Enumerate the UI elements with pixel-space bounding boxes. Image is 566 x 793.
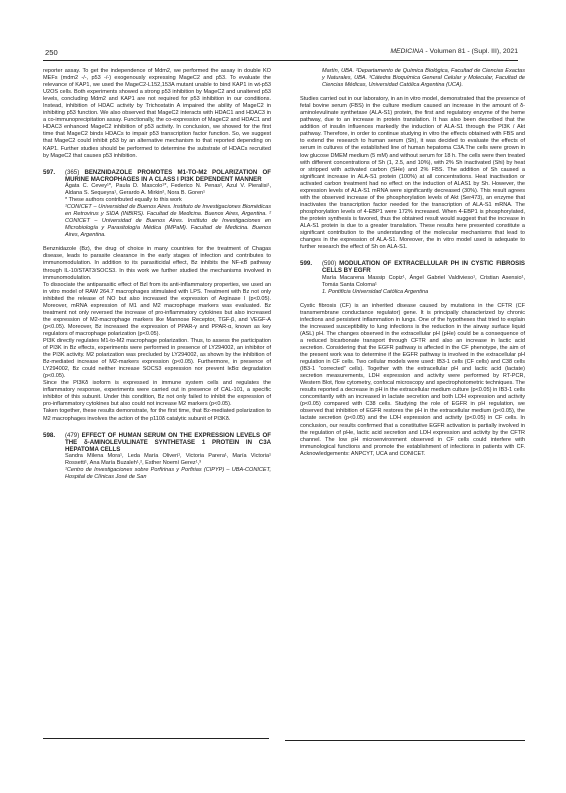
abstract-title: (590) MODULATION OF EXTRACELLULAR PH IN … — [322, 260, 525, 274]
abstract-598: 598. (479) EFFECT OF HUMAN SERUM ON THE … — [43, 432, 271, 482]
abstract-code: (365) — [65, 169, 79, 176]
abstract-affiliations: 1. Pontificia Universidad Católica Argen… — [322, 289, 525, 296]
abstract-title: (365) BENZNIDAZOLE PROMOTES M1-TO-M2 POL… — [65, 169, 271, 183]
abstract-597: 597. (365) BENZNIDAZOLE PROMOTES M1-TO-M… — [43, 169, 271, 240]
abstract-affiliations: ¹CONICET – Universidad de Buenos Aires. … — [65, 204, 271, 239]
continued-abstract-text: reporter assay. To get the independence … — [43, 68, 271, 160]
abstract-599: 599. (590) MODULATION OF EXTRACELLULAR P… — [300, 260, 525, 296]
abstract-title-text: MODULATION OF EXTRACELLULAR PH IN CYSTIC… — [322, 260, 525, 274]
abstract-affiliations-continued: Martín, UBA. ²Departamento de Química Bi… — [300, 68, 525, 89]
abstract-598-body: Studies carried out in our laboratory, i… — [300, 96, 525, 251]
abstract-authors: María Macarena Massip Copiz¹, Ángel Gabr… — [322, 275, 525, 289]
abstract-number: 599. — [300, 260, 322, 296]
journal-citation: MEDICINA - Volumen 81 - (Supl. III), 202… — [390, 48, 518, 55]
abstract-code: (479) — [65, 432, 79, 439]
abstract-title: (479) EFFECT OF HUMAN SERUM ON THE EXPRE… — [65, 432, 271, 454]
left-column: reporter assay. To get the independence … — [43, 68, 271, 481]
page-header: 250 MEDICINA - Volumen 81 - (Supl. III),… — [45, 48, 518, 60]
abstract-599-body: Cystic fibrosis (CF) is an inherited dis… — [300, 303, 525, 458]
abstract-authors: Sandra Milena Mora¹, Leda María Oliveri¹… — [65, 453, 271, 467]
abstract-paragraph: To dissociate the antiparasitic effect o… — [43, 282, 271, 338]
right-column: Martín, UBA. ²Departamento de Química Bi… — [300, 68, 525, 458]
abstract-number: 598. — [43, 432, 65, 482]
abstract-note: * These authors contributed equally to t… — [65, 197, 271, 204]
abstract-number: 597. — [43, 169, 65, 240]
abstract-paragraph: Taken together, these results demonstrat… — [43, 408, 271, 422]
journal-volume: - Volumen 81 - (Supl. III), 2021 — [424, 48, 518, 55]
abstract-affiliations: ¹Centro de Investigaciones sobre Porfiri… — [65, 467, 271, 481]
page-number: 250 — [45, 48, 58, 57]
abstract-paragraph: Since the PI3Kδ isoform is expressed in … — [43, 380, 271, 408]
abstract-authors: Ágata C. Cevey¹*, Paula D. Mascolo¹*, Fe… — [65, 183, 271, 197]
abstract-title-text: BENZNIDAZOLE PROMOTES M1-TO-M2 POLARIZAT… — [65, 169, 271, 183]
abstract-code: (590) — [322, 260, 336, 267]
abstract-paragraph: Benznidazole (Bz), the drug of choice in… — [43, 246, 271, 281]
left-footer-rule — [43, 738, 269, 739]
header-rule — [43, 60, 518, 61]
abstract-paragraph: PI3K directly regulates M1-to-M2 macroph… — [43, 338, 271, 380]
abstract-title-text: EFFECT OF HUMAN SERUM ON THE EXPRESSION … — [65, 432, 271, 453]
right-footer-rule — [285, 740, 525, 741]
journal-name: MEDICINA — [390, 48, 423, 55]
